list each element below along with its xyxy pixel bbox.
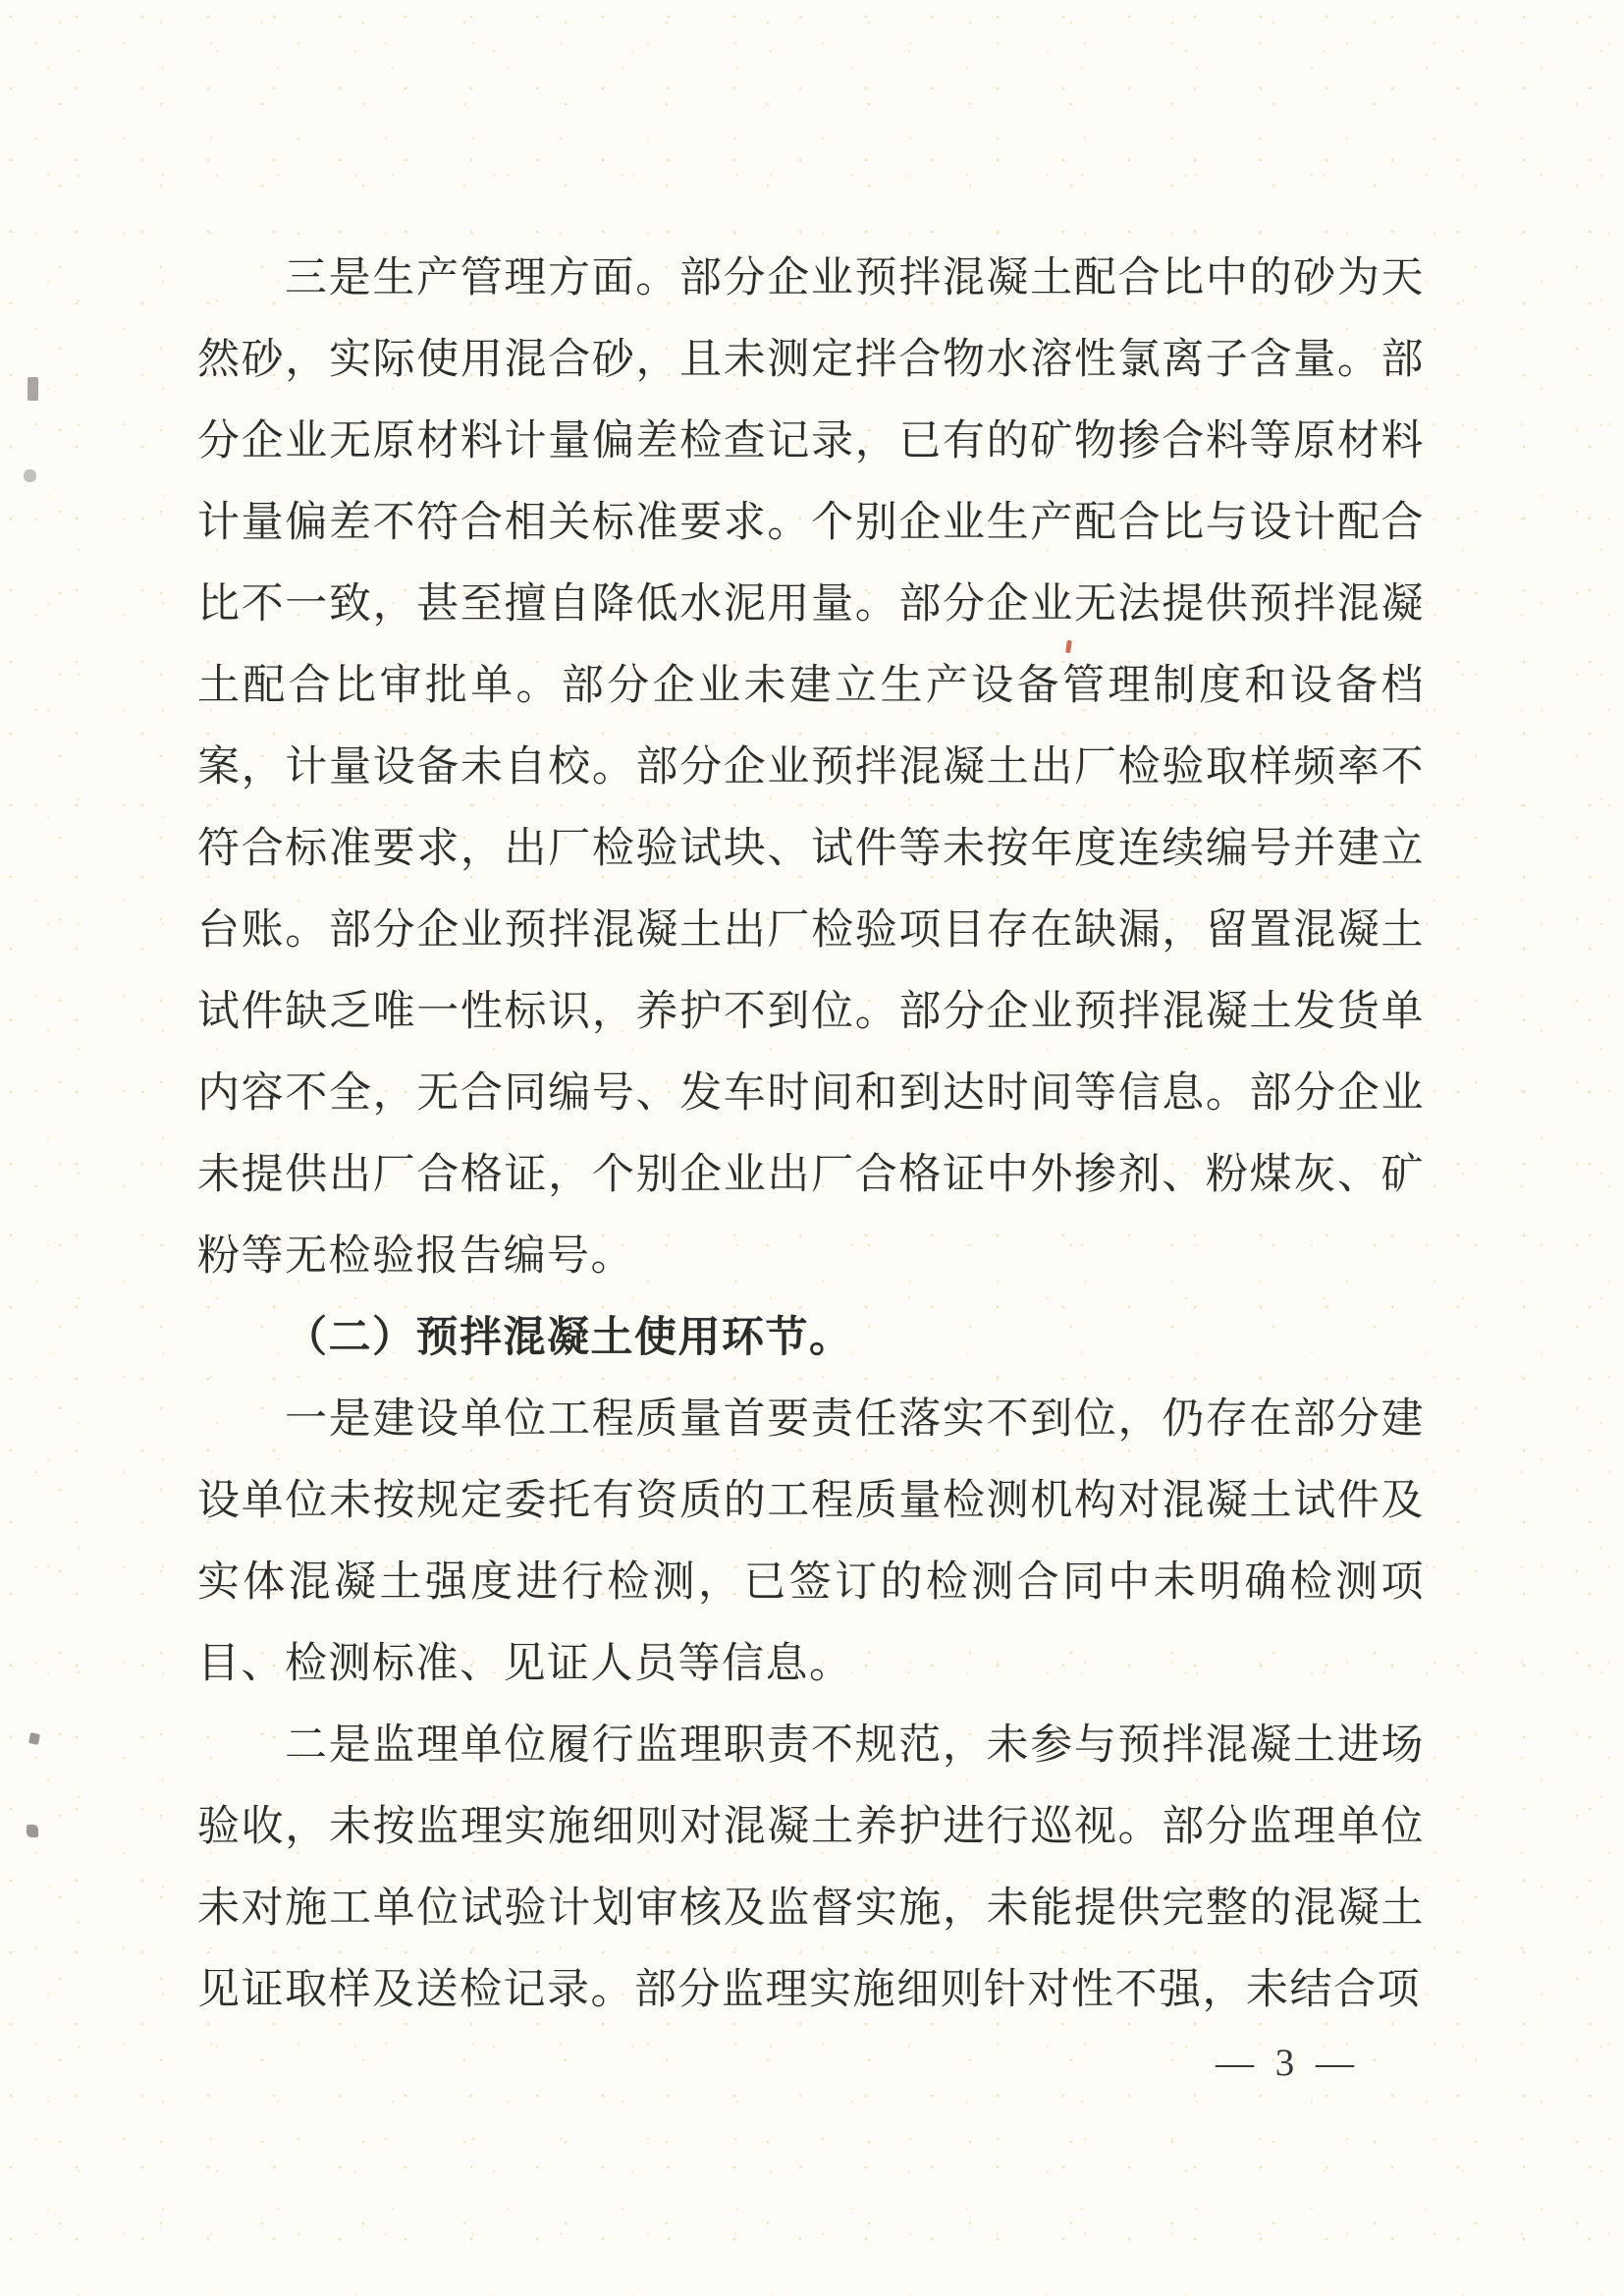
paragraph-supervision-unit-duties: 二是监理单位履行监理职责不规范，未参与预拌混凝土进场验收，未按监理实施细则对混凝… bbox=[197, 1705, 1425, 2031]
page-number: — 3 — bbox=[1216, 2041, 1360, 2085]
heading-premixed-concrete-usage: （二）预拌混凝土使用环节。 bbox=[197, 1297, 1425, 1379]
scan-artifact-smudge-4 bbox=[27, 1825, 38, 1837]
paragraph-production-management: 三是生产管理方面。部分企业预拌混凝土配合比中的砂为天然砂，实际使用混合砂，且未测… bbox=[197, 238, 1425, 1297]
scan-artifact-smudge-3 bbox=[28, 1732, 40, 1745]
scan-artifact-smudge-2 bbox=[24, 469, 36, 482]
scan-artifact-smudge-1 bbox=[27, 377, 38, 401]
document-page: 三是生产管理方面。部分企业预拌混凝土配合比中的砂为天然砂，实际使用混合砂，且未测… bbox=[0, 0, 1623, 2296]
paragraph-construction-unit-responsibility: 一是建设单位工程质量首要责任落实不到位，仍存在部分建设单位未按规定委托有资质的工… bbox=[197, 1379, 1425, 1705]
document-body-text: 三是生产管理方面。部分企业预拌混凝土配合比中的砂为天然砂，实际使用混合砂，且未测… bbox=[197, 238, 1425, 2031]
